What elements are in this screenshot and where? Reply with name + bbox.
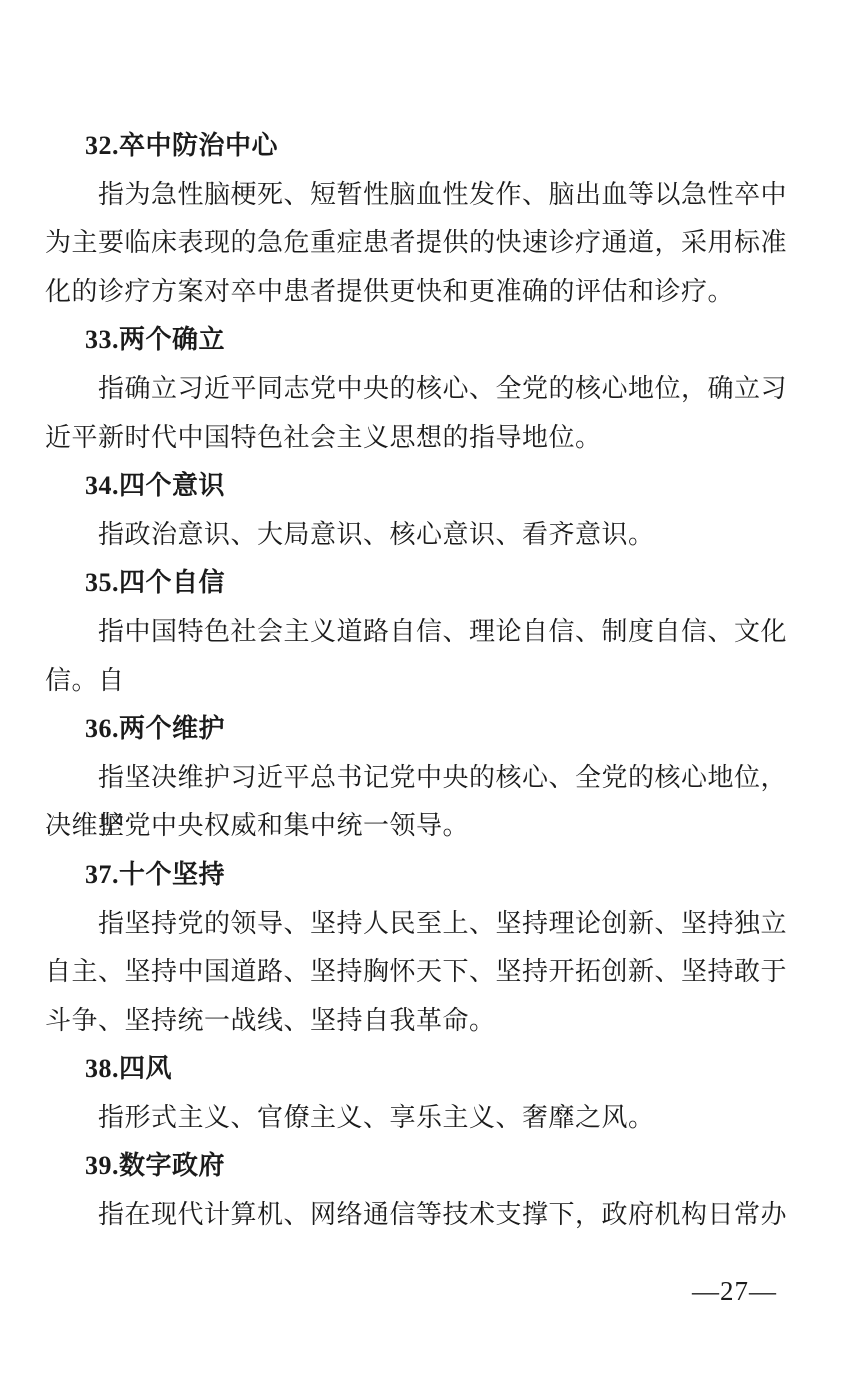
entry-heading-36: 36.两个维护: [45, 705, 787, 754]
entry-35-line: 信。: [45, 657, 787, 706]
entry-37-line: 指坚持党的领导、坚持人民至上、坚持理论创新、坚持独立: [45, 900, 787, 949]
entry-33-line: 近平新时代中国特色社会主义思想的指导地位。: [45, 414, 787, 463]
entry-heading-37: 37.十个坚持: [45, 851, 787, 900]
entry-37-line: 斗争、坚持统一战线、坚持自我革命。: [45, 997, 787, 1046]
page-number: —27—: [692, 1276, 777, 1306]
entry-32-line: 化的诊疗方案对卒中患者提供更快和更准确的评估和诊疗。: [45, 268, 787, 317]
entry-heading-34: 34.四个意识: [45, 462, 787, 511]
document-page: 32.卒中防治中心 指为急性脑梗死、短暂性脑血性发作、脑出血等以急性卒中 为主要…: [0, 0, 845, 1378]
entry-39-line: 指在现代计算机、网络通信等技术支撑下，政府机构日常办: [45, 1191, 787, 1240]
entry-heading-32: 32.卒中防治中心: [45, 122, 787, 171]
entry-38-line: 指形式主义、官僚主义、享乐主义、奢靡之风。: [45, 1094, 787, 1143]
entry-heading-39: 39.数字政府: [45, 1142, 787, 1191]
entry-34-line: 指政治意识、大局意识、核心意识、看齐意识。: [45, 511, 787, 560]
entry-32-line: 为主要临床表现的急危重症患者提供的快速诊疗通道，采用标准: [45, 219, 787, 268]
entry-heading-35: 35.四个自信: [45, 559, 787, 608]
entry-36-line: 决维护党中央权威和集中统一领导。: [45, 802, 787, 851]
document-body: 32.卒中防治中心 指为急性脑梗死、短暂性脑血性发作、脑出血等以急性卒中 为主要…: [45, 122, 787, 1240]
entry-36-line: 指坚决维护习近平总书记党中央的核心、全党的核心地位，坚: [45, 754, 787, 803]
entry-heading-33: 33.两个确立: [45, 316, 787, 365]
entry-heading-38: 38.四风: [45, 1045, 787, 1094]
entry-37-line: 自主、坚持中国道路、坚持胸怀天下、坚持开拓创新、坚持敢于: [45, 948, 787, 997]
entry-33-line: 指确立习近平同志党中央的核心、全党的核心地位，确立习: [45, 365, 787, 414]
entry-35-line: 指中国特色社会主义道路自信、理论自信、制度自信、文化自: [45, 608, 787, 657]
entry-32-line: 指为急性脑梗死、短暂性脑血性发作、脑出血等以急性卒中: [45, 171, 787, 220]
